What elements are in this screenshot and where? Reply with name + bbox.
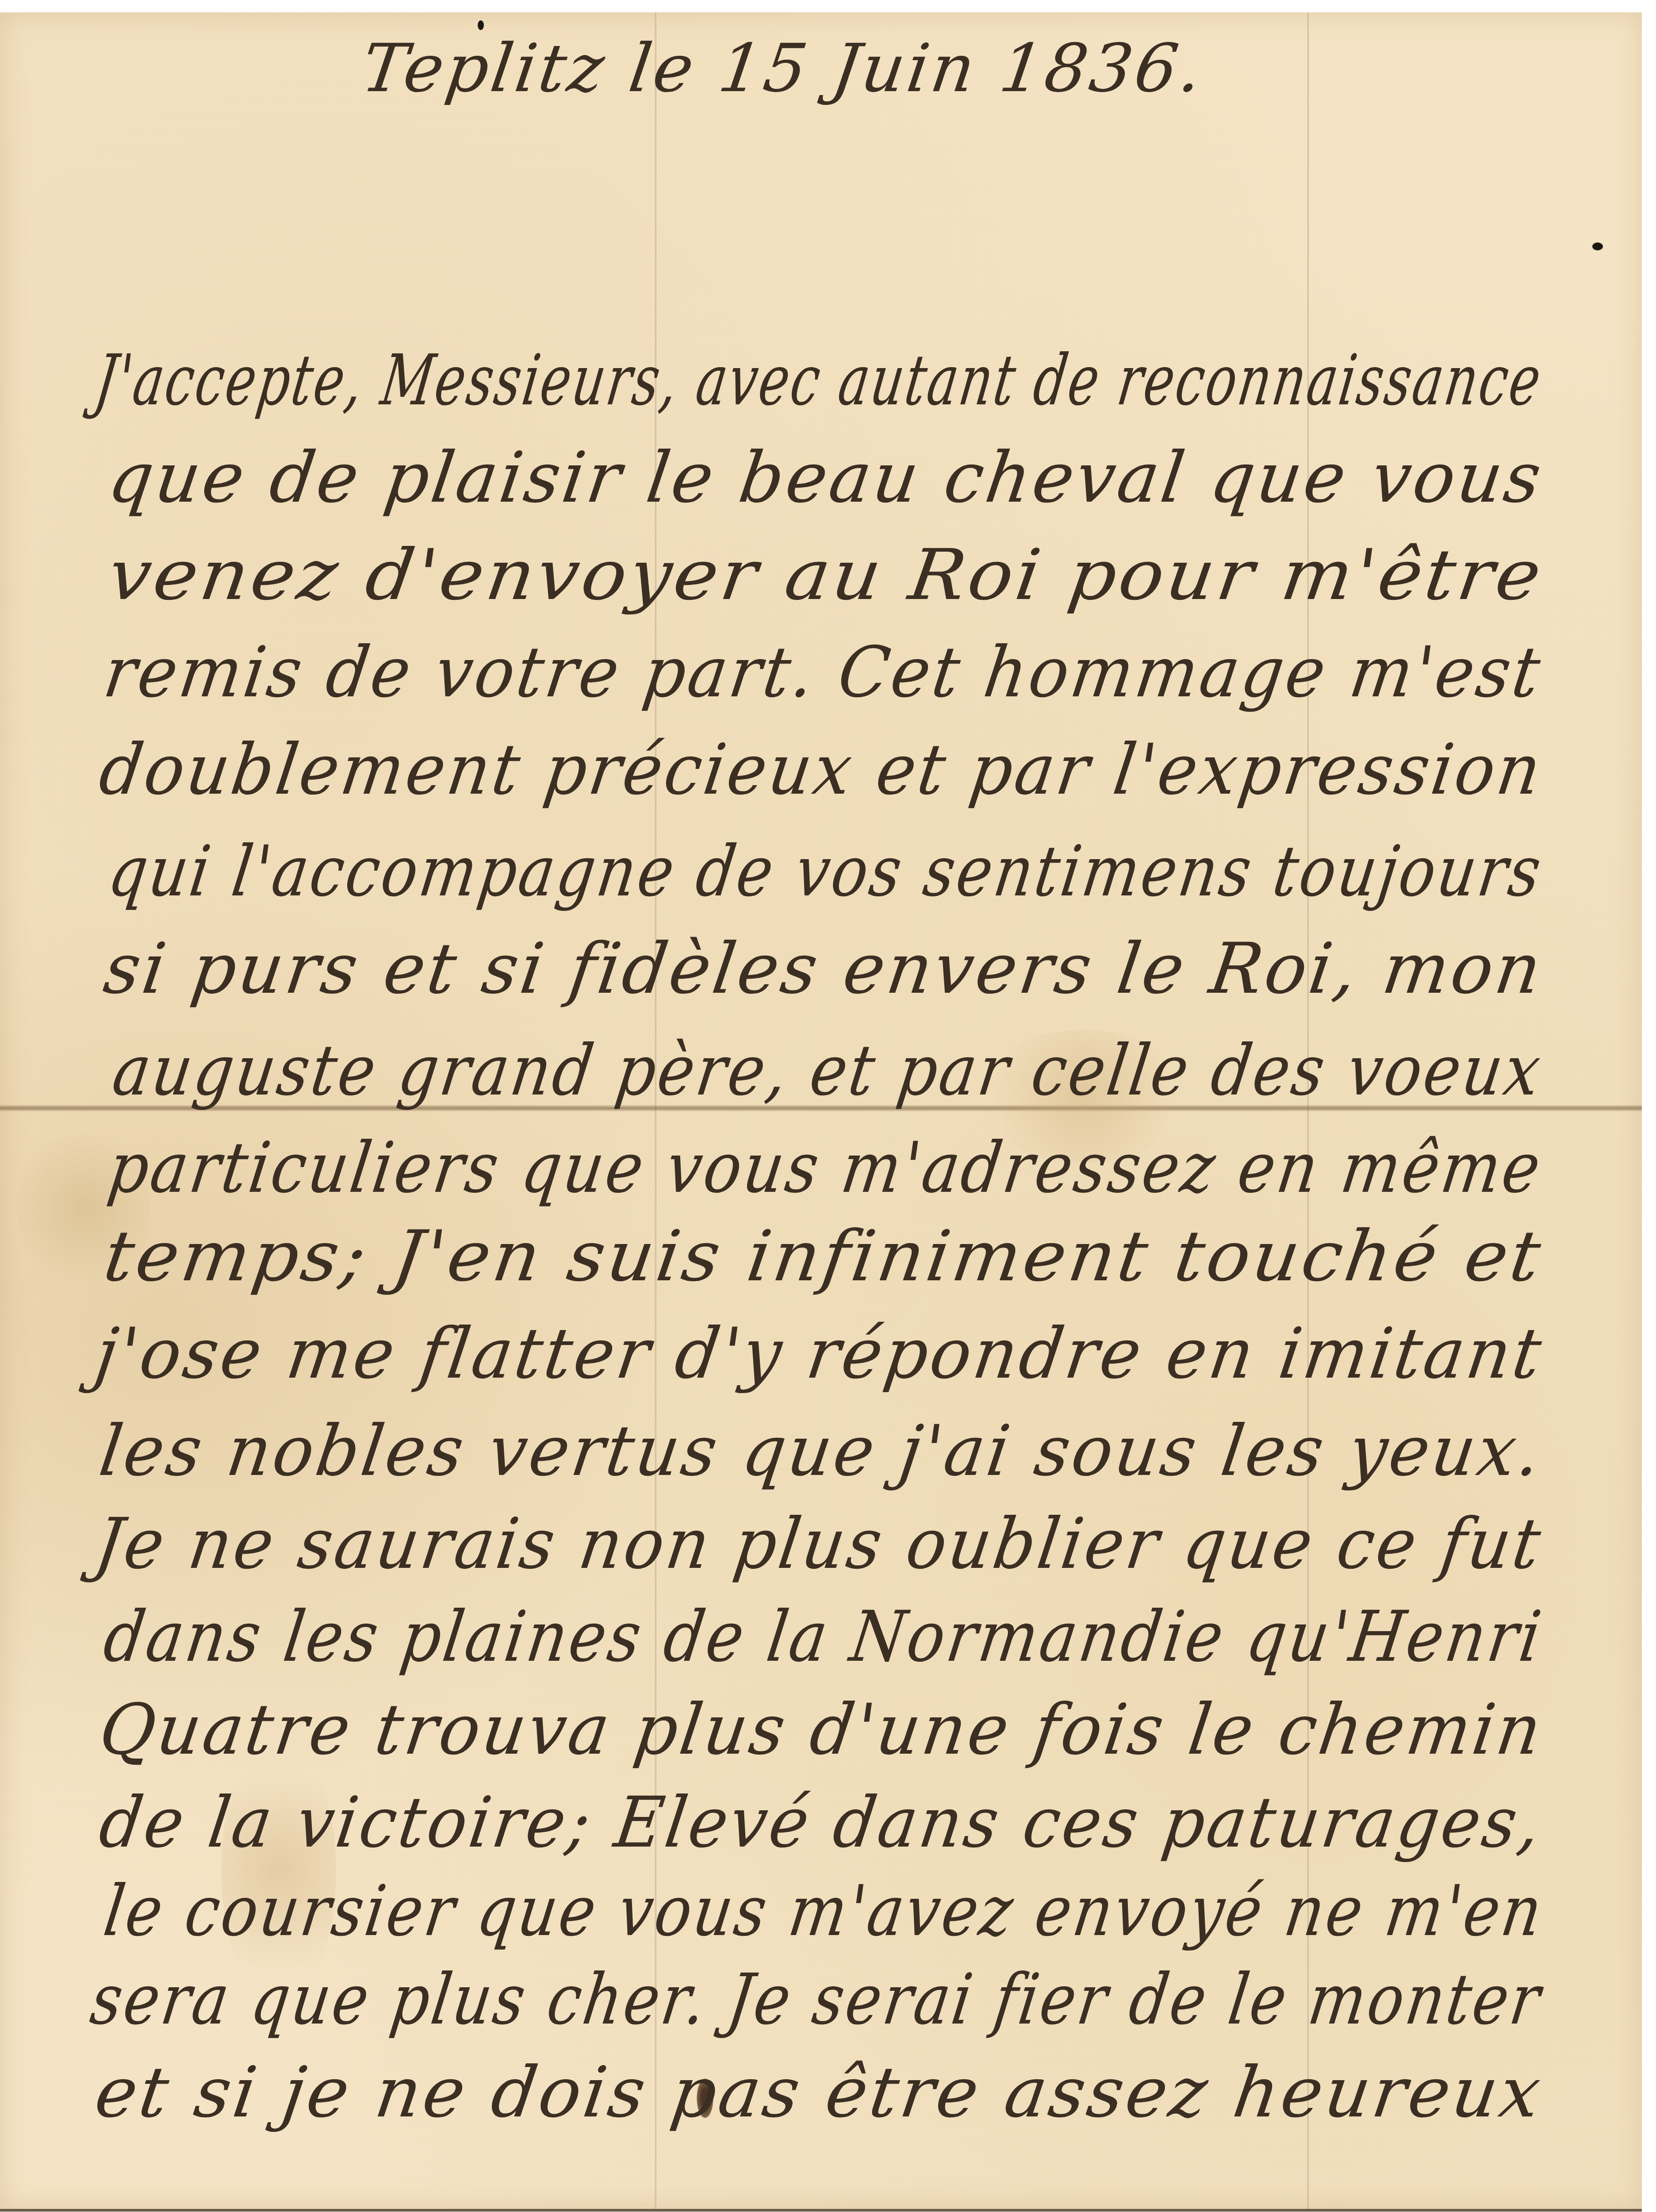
letter-line: remis de votre part. Cet hommage m'est bbox=[99, 632, 1547, 713]
letter-line: que de plaisir le beau cheval que vous bbox=[103, 437, 1549, 518]
letter-line: particuliers que vous m'adressez en même bbox=[103, 1127, 1548, 1209]
letter-line: auguste grand père, et par celle des voe… bbox=[108, 1030, 1547, 1111]
letter-line: Quatre trouva plus d'une fois le chemin bbox=[95, 1689, 1549, 1770]
letter-line: et si je ne dois pas être assez heureux bbox=[90, 2052, 1548, 2133]
letter-line: Je ne saurais non plus oublier que ce fu… bbox=[90, 1503, 1548, 1585]
letter-line: venez d'envoyer au Roi pour m'être bbox=[103, 534, 1549, 616]
ink-speck bbox=[478, 20, 484, 30]
letter-line: le coursier que vous m'avez envoyé ne m'… bbox=[99, 1870, 1549, 1952]
letter-page: Teplitz le 15 Juin 1836. J'accepte, Mess… bbox=[0, 12, 1642, 2212]
letter-line: les nobles vertus que j'ai sous les yeux… bbox=[95, 1410, 1548, 1492]
letter-line: sera que plus cher. Je serai fier de le … bbox=[86, 1959, 1547, 2040]
letter-line: si purs et si fidèles envers le Roi, mon bbox=[99, 928, 1549, 1010]
ink-speck bbox=[1592, 242, 1603, 250]
letter-line: J'accepte, Messieurs, avec autant de rec… bbox=[90, 340, 1547, 421]
letter-line: temps; J'en suis infiniment touché et bbox=[99, 1216, 1548, 1297]
letter-line: qui l'accompagne de vos sentimens toujou… bbox=[103, 831, 1548, 912]
letter-line: dans les plaines de la Normandie qu'Henr… bbox=[99, 1596, 1548, 1678]
letter-line: doublement précieux et par l'expression bbox=[95, 729, 1548, 810]
date-line: Teplitz le 15 Juin 1836. bbox=[357, 30, 1209, 107]
letter-line: j'ose me flatter d'y répondre en imitant bbox=[90, 1313, 1549, 1394]
letter-line: de la victoire; Elevé dans ces paturages… bbox=[95, 1782, 1548, 1863]
